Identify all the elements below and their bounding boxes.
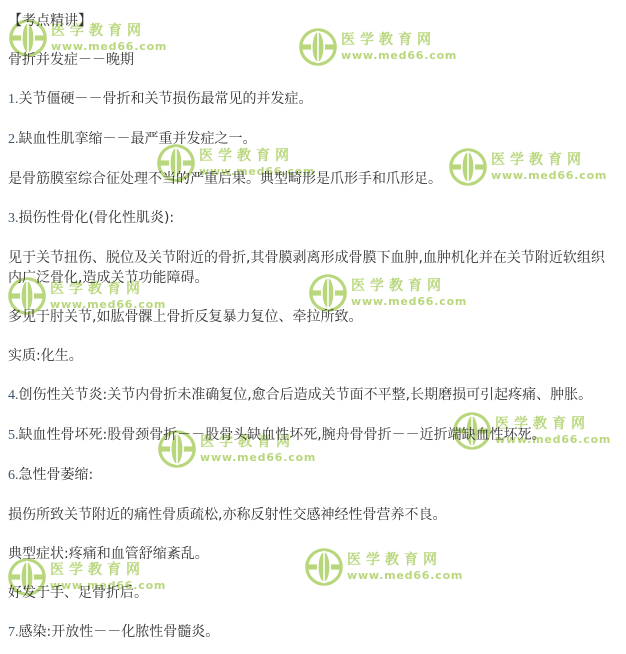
paragraph-text: 缺血性肌挛缩－－最严重并发症之一。 [19, 131, 257, 147]
document-content: 【考点精讲】 骨折并发症－－晚期 1.关节僵硬－－骨折和关节损伤最常见的并发症。… [0, 0, 626, 654]
paragraph: 骨折并发症－－晚期 [8, 50, 618, 70]
page: 医学教育网 www.med66.com 医学教育网 www.med66.com … [0, 0, 626, 654]
paragraph: 6.急性骨萎缩: [8, 465, 618, 486]
paragraph: 7.感染:开放性－－化脓性骨髓炎。 [8, 622, 618, 643]
paragraph-text: 缺血性骨坏死:股骨颈骨折－－股骨头缺血性坏死,腕舟骨骨折－－近折端缺血性坏死。 [19, 427, 546, 443]
paragraph: 【考点精讲】 [8, 11, 618, 31]
paragraph-text: 【考点精讲】 [8, 13, 92, 29]
paragraph: 是骨筋膜室综合征处理不当的严重后果。典型畸形是爪形手和爪形足。 [8, 169, 618, 189]
item-number: 1. [8, 92, 19, 107]
item-number: 6. [8, 468, 19, 483]
paragraph-text: 见于关节扭伤、脱位及关节附近的骨折,其骨膜剥离形成骨膜下血肿,血肿机化并在关节附… [8, 250, 605, 286]
paragraph: 实质:化生。 [8, 346, 618, 366]
paragraph-text: 感染:开放性－－化脓性骨髓炎。 [19, 624, 220, 640]
paragraph-text: 损伤性骨化(骨化性肌炎): [19, 210, 175, 226]
paragraph-text: 是骨筋膜室综合征处理不当的严重后果。典型畸形是爪形手和爪形足。 [8, 171, 442, 187]
paragraph-text: 多见于肘关节,如肱骨髁上骨折反复暴力复位、牵拉所致。 [8, 309, 362, 325]
paragraph-text: 创伤性关节炎:关节内骨折未准确复位,愈合后造成关节面不平整,长期磨损可引起疼痛、… [19, 387, 593, 403]
paragraph: 1.关节僵硬－－骨折和关节损伤最常见的并发症。 [8, 89, 618, 110]
item-number: 4. [8, 388, 19, 403]
paragraph: 好发于手、足骨折后。 [8, 583, 618, 603]
paragraph: 2.缺血性肌挛缩－－最严重并发症之一。 [8, 129, 618, 150]
paragraph: 5.缺血性骨坏死:股骨颈骨折－－股骨头缺血性坏死,腕舟骨骨折－－近折端缺血性坏死… [8, 425, 618, 446]
paragraph: 多见于肘关节,如肱骨髁上骨折反复暴力复位、牵拉所致。 [8, 307, 618, 327]
item-number: 5. [8, 428, 19, 443]
paragraph-text: 急性骨萎缩: [19, 467, 94, 483]
paragraph: 损伤所致关节附近的痛性骨质疏松,亦称反射性交感神经性骨营养不良。 [8, 505, 618, 525]
paragraph: 见于关节扭伤、脱位及关节附近的骨折,其骨膜剥离形成骨膜下血肿,血肿机化并在关节附… [8, 248, 618, 288]
paragraph: 3.损伤性骨化(骨化性肌炎): [8, 208, 618, 229]
paragraph-text: 典型症状:疼痛和血管舒缩紊乱。 [8, 546, 209, 562]
paragraph-text: 好发于手、足骨折后。 [8, 585, 148, 601]
paragraph-text: 骨折并发症－－晚期 [8, 52, 134, 68]
paragraph: 典型症状:疼痛和血管舒缩紊乱。 [8, 544, 618, 564]
paragraph-text: 实质:化生。 [8, 348, 83, 364]
item-number: 7. [8, 625, 19, 640]
paragraph-text: 关节僵硬－－骨折和关节损伤最常见的并发症。 [19, 91, 313, 107]
paragraph-text: 损伤所致关节附近的痛性骨质疏松,亦称反射性交感神经性骨营养不良。 [8, 507, 446, 523]
item-number: 3. [8, 211, 19, 226]
paragraph: 4.创伤性关节炎:关节内骨折未准确复位,愈合后造成关节面不平整,长期磨损可引起疼… [8, 385, 618, 406]
item-number: 2. [8, 132, 19, 147]
